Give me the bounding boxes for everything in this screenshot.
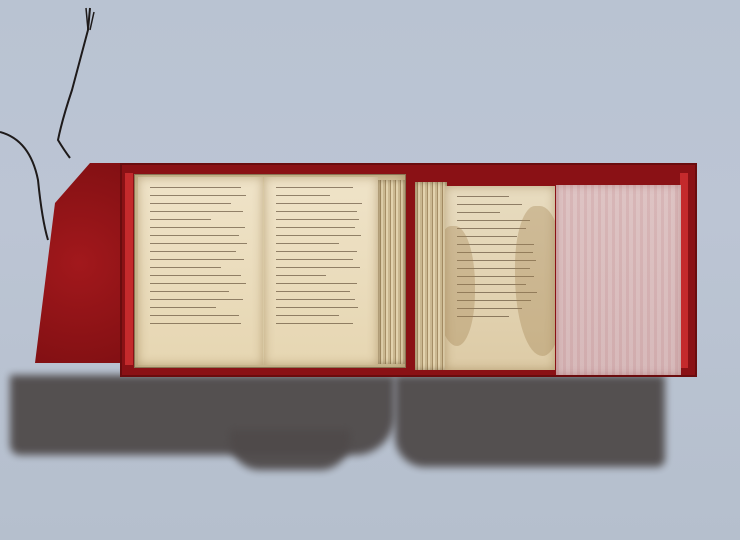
right-notebook-page-edges xyxy=(415,182,447,370)
shadow-left-lower xyxy=(230,430,350,470)
left-notebook-page-left xyxy=(138,177,263,365)
left-notebook-page-right xyxy=(264,177,378,365)
photograph-scene xyxy=(0,0,740,540)
left-notebook-page-edges xyxy=(378,180,405,364)
case-lining-left xyxy=(125,173,133,365)
tissue-interleaf xyxy=(556,185,681,375)
shadow-right xyxy=(395,375,665,467)
right-notebook-page xyxy=(445,186,555,370)
case-lining-right xyxy=(680,173,688,368)
